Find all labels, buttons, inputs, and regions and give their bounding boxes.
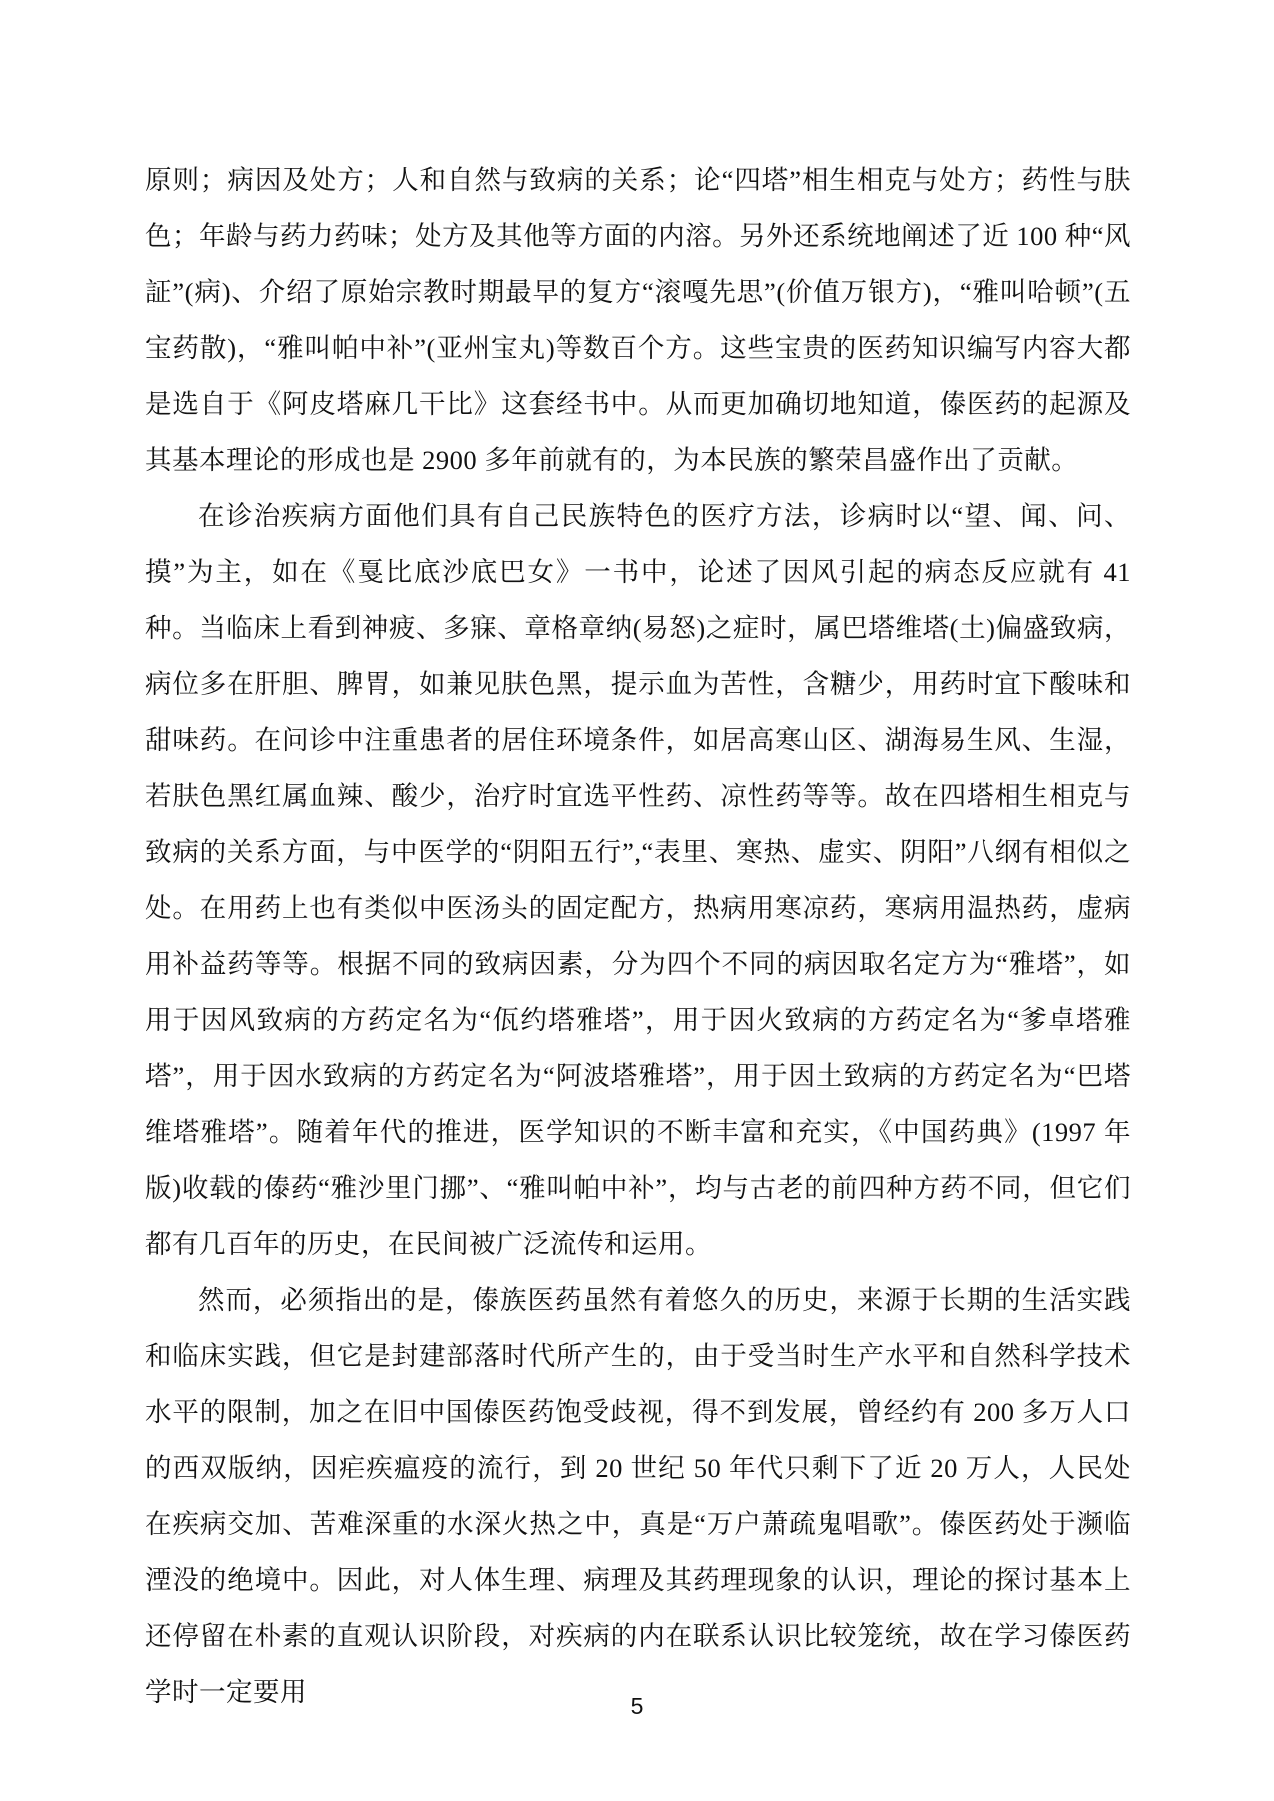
document-body: 原则；病因及处方；人和自然与致病的关系；论“四塔”相生相克与处方；药性与肤色；年… <box>145 152 1131 1720</box>
page-number: 5 <box>0 1692 1274 1720</box>
body-paragraph-3: 然而，必须指出的是，傣族医药虽然有着悠久的历史，来源于长期的生活实践和临床实践，… <box>145 1272 1131 1720</box>
body-paragraph-2: 在诊治疾病方面他们具有自己民族特色的医疗方法，诊病时以“望、闻、问、摸”为主，如… <box>145 488 1131 1272</box>
document-page: 原则；病因及处方；人和自然与致病的关系；论“四塔”相生相克与处方；药性与肤色；年… <box>0 0 1274 1801</box>
body-paragraph-1: 原则；病因及处方；人和自然与致病的关系；论“四塔”相生相克与处方；药性与肤色；年… <box>145 152 1131 488</box>
